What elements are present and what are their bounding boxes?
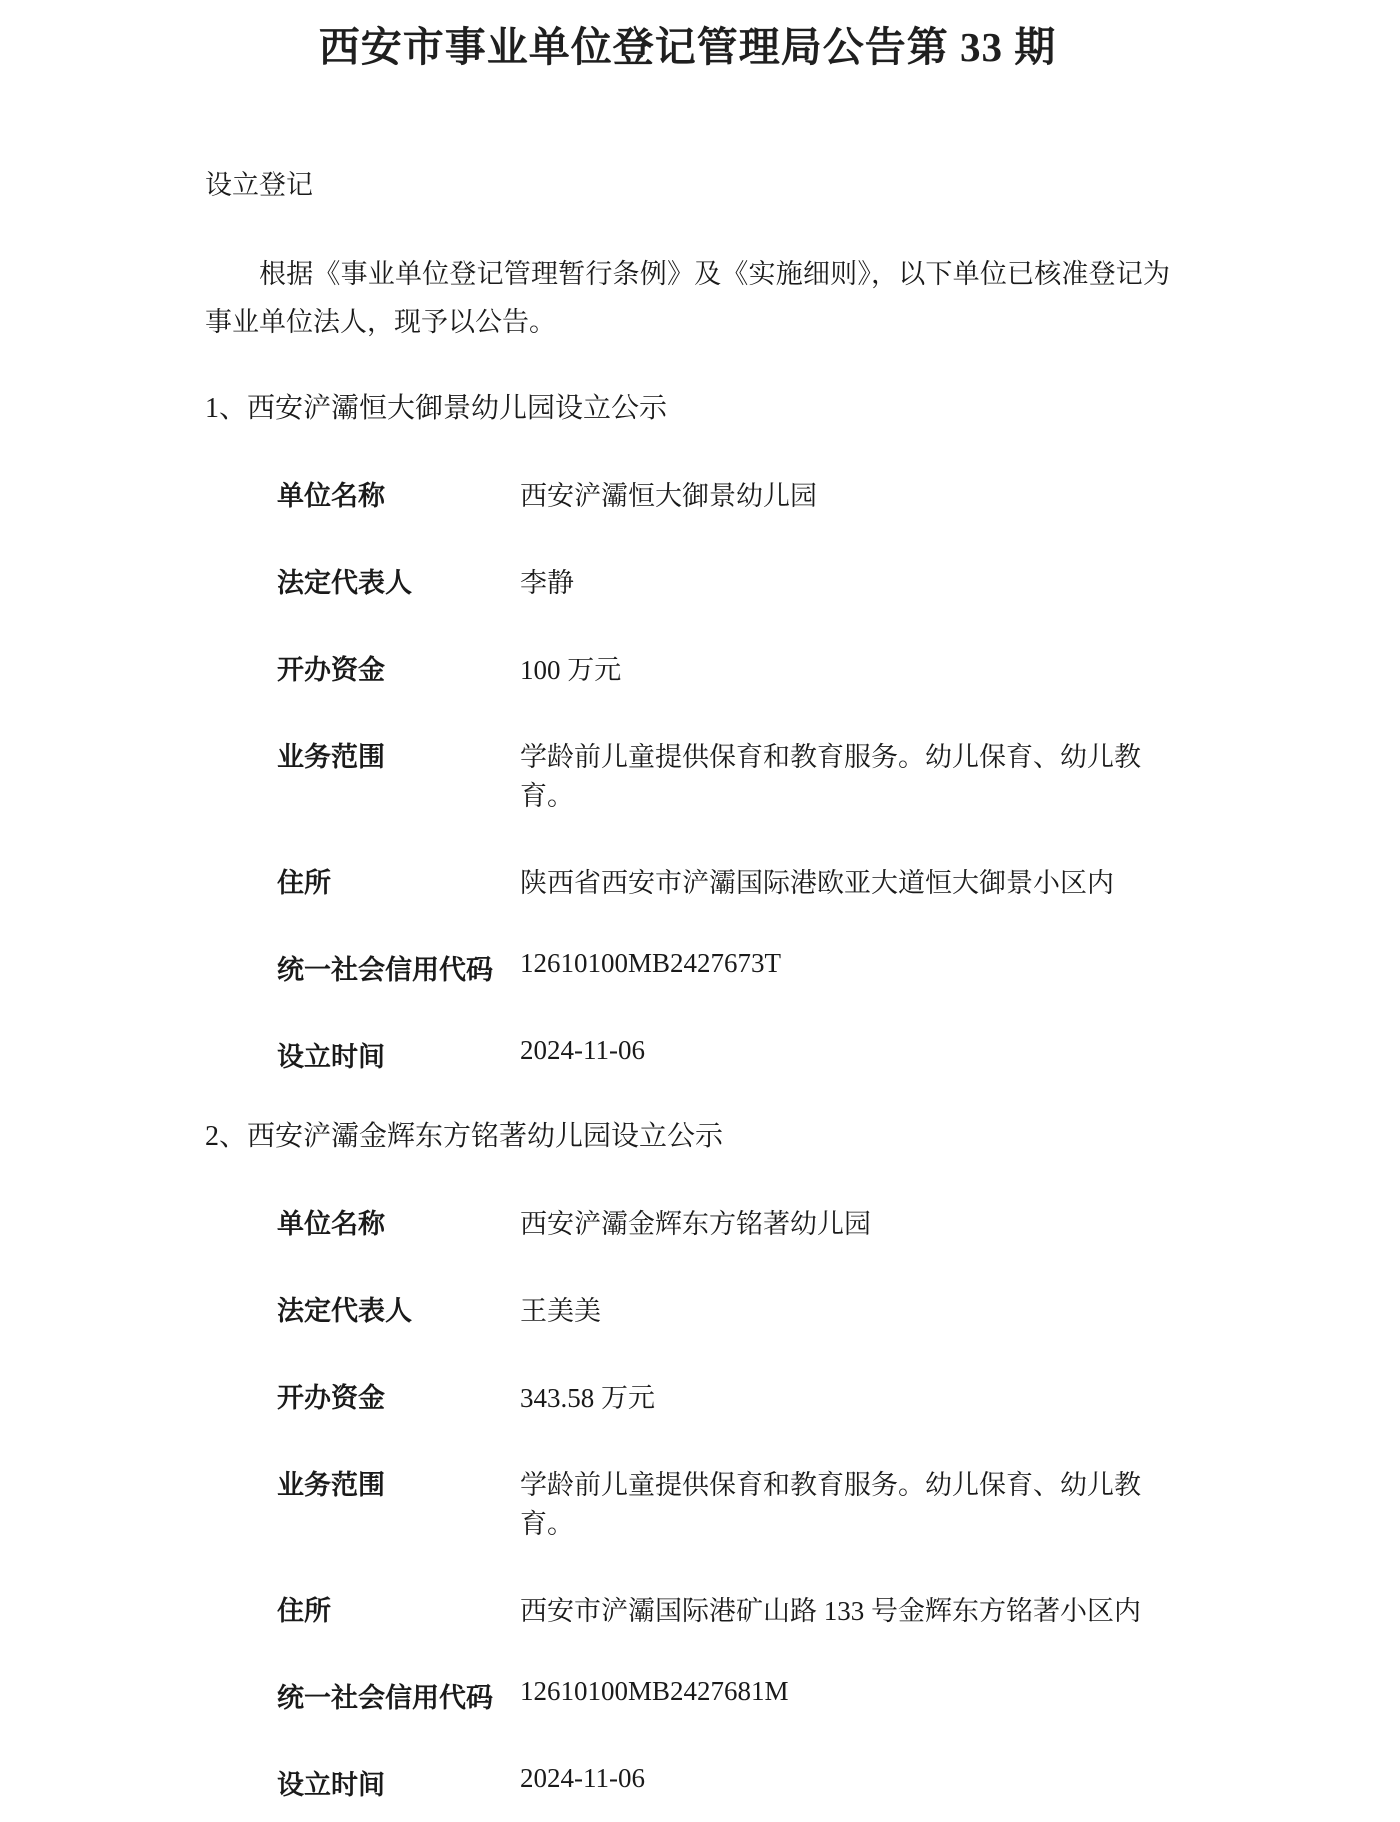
field-label: 开办资金 <box>277 648 520 687</box>
field-label: 业务范围 <box>277 735 520 774</box>
field-value: 12610100MB2427673T <box>520 948 1170 979</box>
field-label: 住所 <box>277 1589 520 1628</box>
field-row-establishment-date: 设立时间 2024-11-06 <box>277 1035 1170 1074</box>
registration-type-heading: 设立登记 <box>205 163 1170 202</box>
field-value: 陕西省西安市浐灞国际港欧亚大道恒大御景小区内 <box>520 861 1170 900</box>
field-row-address: 住所 陕西省西安市浐灞国际港欧亚大道恒大御景小区内 <box>277 861 1170 900</box>
field-value: 2024-11-06 <box>520 1035 1170 1066</box>
announcement-document: 西安市事业单位登记管理局公告第 33 期 设立登记 根据《事业单位登记管理暂行条… <box>0 0 1400 1822</box>
field-label: 法定代表人 <box>277 561 520 600</box>
field-value: 西安浐灞恒大御景幼儿园 <box>520 474 1170 513</box>
field-label: 统一社会信用代码 <box>277 948 520 987</box>
field-row-legal-representative: 法定代表人 李静 <box>277 561 1170 600</box>
field-label: 设立时间 <box>277 1763 520 1802</box>
field-label: 设立时间 <box>277 1035 520 1074</box>
document-title: 西安市事业单位登记管理局公告第 33 期 <box>205 14 1170 73</box>
field-label: 统一社会信用代码 <box>277 1676 520 1715</box>
entity-section-1: 1、西安浐灞恒大御景幼儿园设立公示 单位名称 西安浐灞恒大御景幼儿园 法定代表人… <box>205 386 1170 1074</box>
field-row-startup-capital: 开办资金 100 万元 <box>277 648 1170 687</box>
field-label: 法定代表人 <box>277 1289 520 1328</box>
field-row-credit-code: 统一社会信用代码 12610100MB2427681M <box>277 1676 1170 1715</box>
field-label: 业务范围 <box>277 1463 520 1502</box>
field-row-unit-name: 单位名称 西安浐灞恒大御景幼儿园 <box>277 474 1170 513</box>
field-row-credit-code: 统一社会信用代码 12610100MB2427673T <box>277 948 1170 987</box>
field-row-unit-name: 单位名称 西安浐灞金辉东方铭著幼儿园 <box>277 1202 1170 1241</box>
field-value: 100 万元 <box>520 648 1170 687</box>
field-label: 住所 <box>277 861 520 900</box>
field-value: 2024-11-06 <box>520 1763 1170 1794</box>
field-value: 西安市浐灞国际港矿山路 133 号金辉东方铭著小区内 <box>520 1589 1170 1628</box>
field-row-business-scope: 业务范围 学龄前儿童提供保育和教育服务。幼儿保育、幼儿教育。 <box>277 735 1170 813</box>
entity-heading: 2、西安浐灞金辉东方铭著幼儿园设立公示 <box>205 1114 1170 1154</box>
entity-heading: 1、西安浐灞恒大御景幼儿园设立公示 <box>205 386 1170 426</box>
field-value: 王美美 <box>520 1289 1170 1328</box>
field-row-establishment-date: 设立时间 2024-11-06 <box>277 1763 1170 1802</box>
field-value: 学龄前儿童提供保育和教育服务。幼儿保育、幼儿教育。 <box>520 1463 1170 1541</box>
field-row-address: 住所 西安市浐灞国际港矿山路 133 号金辉东方铭著小区内 <box>277 1589 1170 1628</box>
field-label: 单位名称 <box>277 1202 520 1241</box>
field-label: 单位名称 <box>277 474 520 513</box>
intro-paragraph: 根据《事业单位登记管理暂行条例》及《实施细则》，以下单位已核准登记为事业单位法人… <box>205 250 1170 346</box>
field-value: 学龄前儿童提供保育和教育服务。幼儿保育、幼儿教育。 <box>520 735 1170 813</box>
field-value: 12610100MB2427681M <box>520 1676 1170 1707</box>
entity-section-2: 2、西安浐灞金辉东方铭著幼儿园设立公示 单位名称 西安浐灞金辉东方铭著幼儿园 法… <box>205 1114 1170 1802</box>
field-label: 开办资金 <box>277 1376 520 1415</box>
field-row-startup-capital: 开办资金 343.58 万元 <box>277 1376 1170 1415</box>
field-row-business-scope: 业务范围 学龄前儿童提供保育和教育服务。幼儿保育、幼儿教育。 <box>277 1463 1170 1541</box>
field-row-legal-representative: 法定代表人 王美美 <box>277 1289 1170 1328</box>
field-value: 343.58 万元 <box>520 1376 1170 1415</box>
field-value: 李静 <box>520 561 1170 600</box>
field-value: 西安浐灞金辉东方铭著幼儿园 <box>520 1202 1170 1241</box>
